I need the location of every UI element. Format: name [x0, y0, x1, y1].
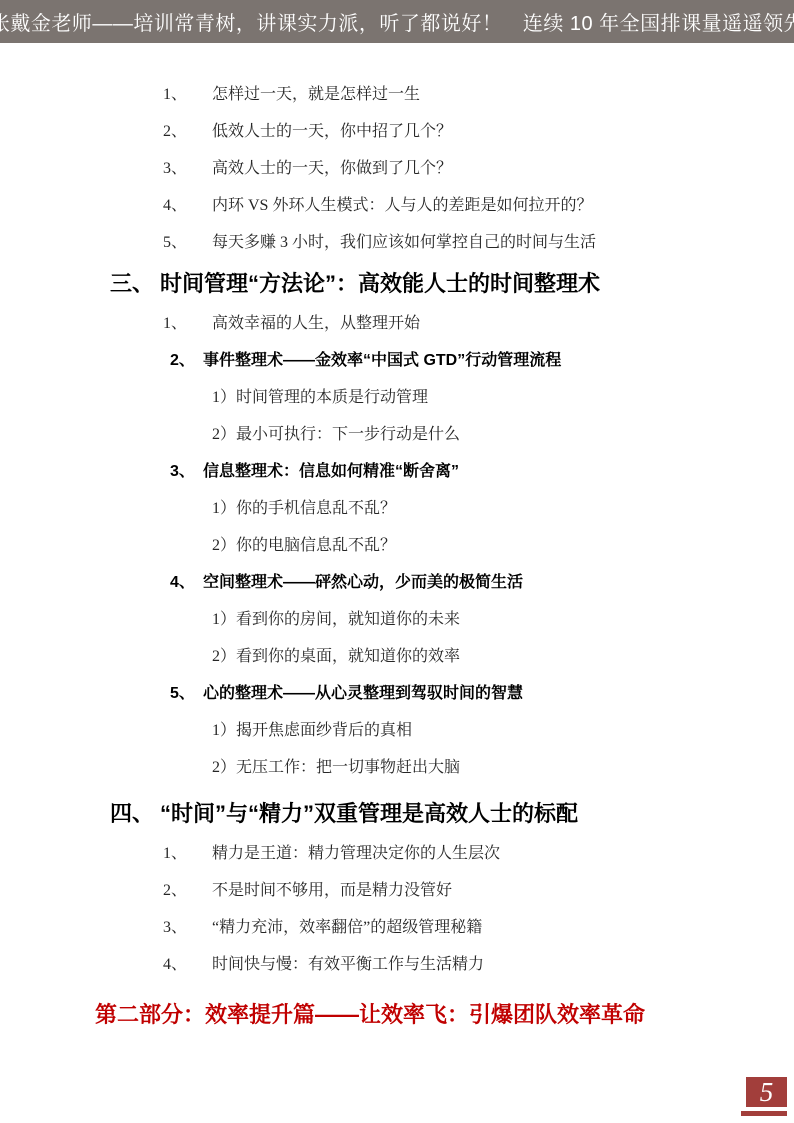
- page-number-stripe: [741, 1111, 787, 1116]
- subitem-marker: 2）: [212, 426, 236, 443]
- item-marker: 4、: [170, 573, 203, 593]
- subitem-text: 你的手机信息乱不乱？: [236, 500, 396, 517]
- page-number: 5: [760, 1077, 774, 1107]
- item-marker: 5、: [170, 684, 203, 704]
- outline-subitem: 1）时间管理的本质是行动管理: [0, 388, 794, 408]
- subitem-text: 无压工作：把一切事物赶出大脑: [236, 759, 460, 776]
- outline-item-bold: 5、心的整理术——从心灵整理到驾驭时间的智慧: [0, 684, 794, 704]
- outline-subitem: 1）你的手机信息乱不乱？: [0, 499, 794, 519]
- item-text: 精力是王道：精力管理决定你的人生层次: [212, 845, 500, 862]
- outline-subitem: 1）揭开焦虑面纱背后的真相: [0, 721, 794, 741]
- item-text: 低效人士的一天，你中招了几个？: [212, 123, 452, 140]
- item-text: “精力充沛，效率翻倍”的超级管理秘籍: [212, 919, 482, 936]
- item-marker: 3、: [163, 918, 212, 938]
- subitem-marker: 2）: [212, 537, 236, 554]
- subitem-marker: 1）: [212, 611, 236, 628]
- item-text: 高效幸福的人生，从整理开始: [212, 315, 420, 332]
- part-heading: 第二部分：效率提升篇——让效率飞：引爆团队效率革命: [0, 1001, 794, 1029]
- page-number-badge: 5: [746, 1077, 787, 1107]
- section-heading-3: 三、时间管理“方法论”：高效能人士的时间整理术: [0, 270, 794, 298]
- item-marker: 1、: [163, 844, 212, 864]
- outline-subitem: 2）无压工作：把一切事物赶出大脑: [0, 758, 794, 778]
- outline-item-bold: 4、空间整理术——砰然心动，少而美的极简生活: [0, 573, 794, 593]
- outline-item-bold: 3、信息整理术：信息如何精准“断舍离”: [0, 462, 794, 482]
- subitem-text: 时间管理的本质是行动管理: [236, 389, 428, 406]
- header-text: 张戴金老师——培训常青树，讲课实力派，听了都说好！ 连续 10 年全国排课量遥遥…: [0, 7, 794, 36]
- subitem-text: 揭开焦虑面纱背后的真相: [236, 722, 412, 739]
- subitem-text: 你的电脑信息乱不乱？: [236, 537, 396, 554]
- subitem-text: 看到你的房间，就知道你的未来: [236, 611, 460, 628]
- heading-marker: 四、: [110, 800, 160, 828]
- item-text: 不是时间不够用，而是精力没管好: [212, 882, 452, 899]
- heading-text: “时间”与“精力”双重管理是高效人士的标配: [160, 801, 578, 826]
- item-marker: 3、: [170, 462, 203, 482]
- subitem-marker: 2）: [212, 759, 236, 776]
- item-text: 高效人士的一天，你做到了几个？: [212, 160, 452, 177]
- page-header-bar: 张戴金老师——培训常青树，讲课实力派，听了都说好！ 连续 10 年全国排课量遥遥…: [0, 0, 794, 43]
- document-body: 1、怎样过一天，就是怎样过一生 2、低效人士的一天，你中招了几个？ 3、高效人士…: [0, 43, 794, 1029]
- outline-subitem: 2）你的电脑信息乱不乱？: [0, 536, 794, 556]
- item-text: 每天多赚 3 小时，我们应该如何掌控自己的时间与生活: [212, 234, 596, 251]
- outline-item: 2、低效人士的一天，你中招了几个？: [0, 122, 794, 142]
- item-text: 内环 VS 外环人生模式：人与人的差距是如何拉开的？: [212, 197, 592, 214]
- outline-item: 4、内环 VS 外环人生模式：人与人的差距是如何拉开的？: [0, 196, 794, 216]
- item-marker: 3、: [163, 159, 212, 179]
- item-marker: 1、: [163, 314, 212, 334]
- outline-subitem: 2）最小可执行：下一步行动是什么: [0, 425, 794, 445]
- outline-item: 1、精力是王道：精力管理决定你的人生层次: [0, 844, 794, 864]
- outline-item: 5、每天多赚 3 小时，我们应该如何掌控自己的时间与生活: [0, 233, 794, 253]
- subitem-marker: 1）: [212, 389, 236, 406]
- item-marker: 4、: [163, 955, 212, 975]
- item-marker: 1、: [163, 85, 212, 105]
- section-heading-4: 四、“时间”与“精力”双重管理是高效人士的标配: [0, 800, 794, 828]
- outline-item: 2、不是时间不够用，而是精力没管好: [0, 881, 794, 901]
- outline-item: 1、高效幸福的人生，从整理开始: [0, 314, 794, 334]
- item-marker: 2、: [163, 122, 212, 142]
- outline-item: 4、时间快与慢：有效平衡工作与生活精力: [0, 955, 794, 975]
- subitem-marker: 1）: [212, 722, 236, 739]
- item-marker: 4、: [163, 196, 212, 216]
- item-text: 怎样过一天，就是怎样过一生: [212, 86, 420, 103]
- heading-marker: 三、: [110, 270, 160, 298]
- subitem-marker: 1）: [212, 500, 236, 517]
- subitem-text: 最小可执行：下一步行动是什么: [236, 426, 460, 443]
- item-text: 信息整理术：信息如何精准“断舍离”: [203, 463, 459, 480]
- outline-item: 1、怎样过一天，就是怎样过一生: [0, 85, 794, 105]
- outline-item: 3、高效人士的一天，你做到了几个？: [0, 159, 794, 179]
- subitem-text: 看到你的桌面，就知道你的效率: [236, 648, 460, 665]
- subitem-marker: 2）: [212, 648, 236, 665]
- item-marker: 2、: [170, 351, 203, 371]
- item-text: 心的整理术——从心灵整理到驾驭时间的智慧: [203, 685, 523, 702]
- outline-subitem: 2）看到你的桌面，就知道你的效率: [0, 647, 794, 667]
- item-marker: 2、: [163, 881, 212, 901]
- outline-item-bold: 2、事件整理术——金效率“中国式 GTD”行动管理流程: [0, 351, 794, 371]
- heading-text: 时间管理“方法论”：高效能人士的时间整理术: [160, 271, 600, 296]
- item-text: 事件整理术——金效率“中国式 GTD”行动管理流程: [203, 352, 561, 369]
- outline-item: 3、“精力充沛，效率翻倍”的超级管理秘籍: [0, 918, 794, 938]
- item-text: 时间快与慢：有效平衡工作与生活精力: [212, 956, 484, 973]
- item-marker: 5、: [163, 233, 212, 253]
- outline-subitem: 1）看到你的房间，就知道你的未来: [0, 610, 794, 630]
- item-text: 空间整理术——砰然心动，少而美的极简生活: [203, 574, 523, 591]
